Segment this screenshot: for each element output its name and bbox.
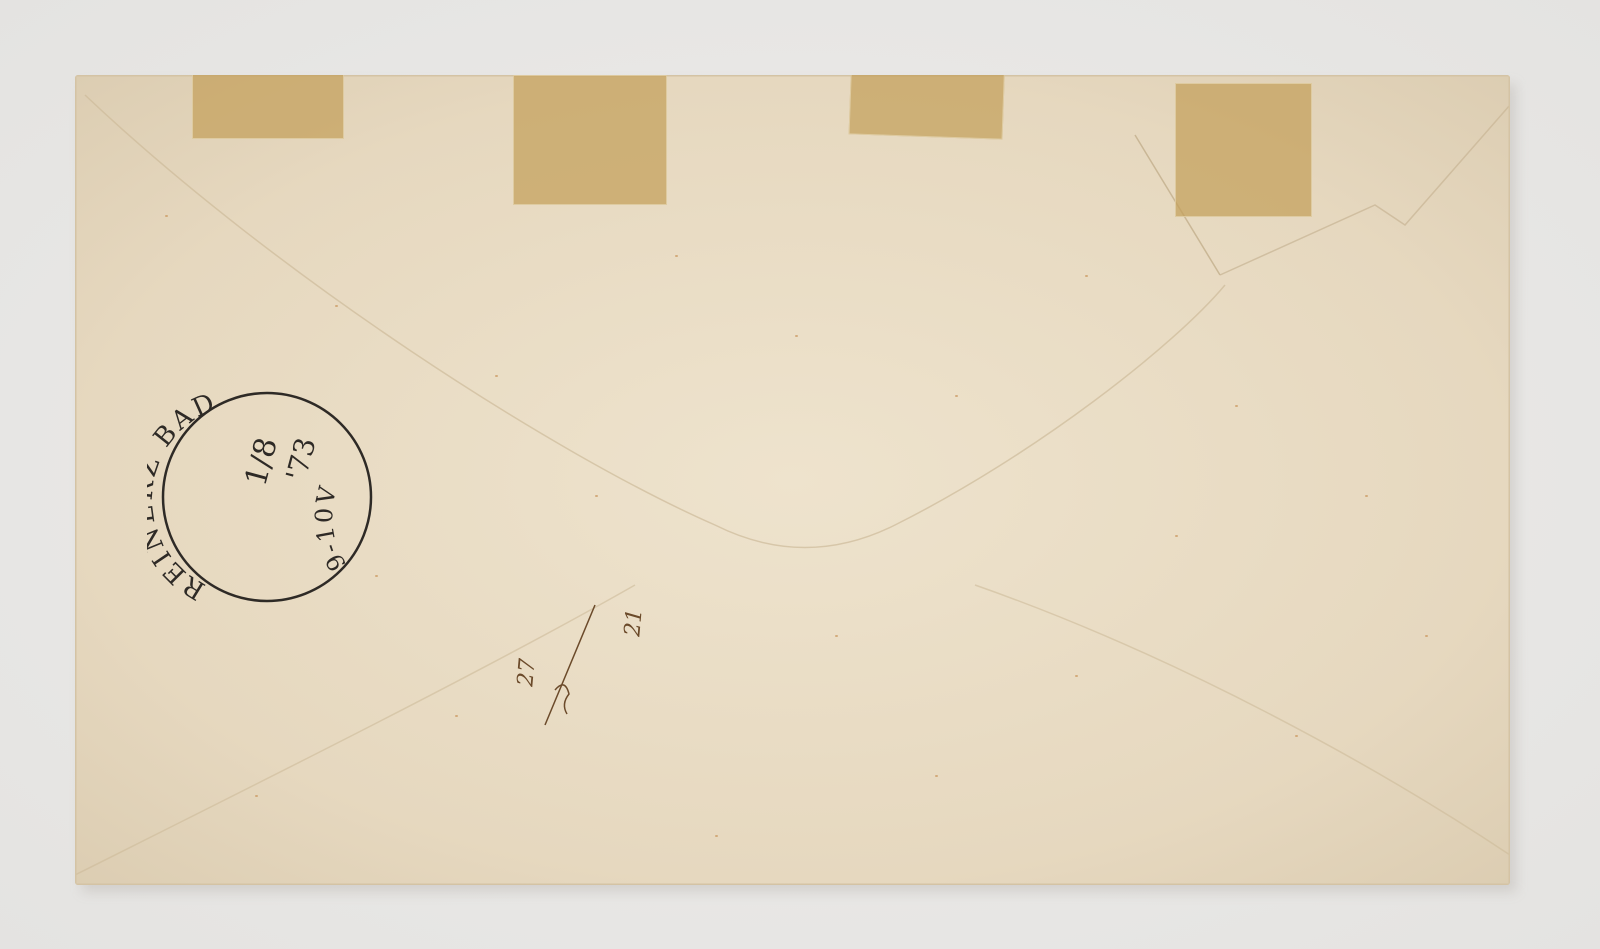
tape-strip-2: [513, 75, 667, 205]
postmark-date: 1/8: [239, 434, 285, 490]
postmark-year: '73: [280, 434, 323, 484]
tape-strip-1: [192, 75, 344, 139]
postmark-stamp: REINERZ BAD 9-10V 1/8 '73: [147, 385, 387, 610]
tape-strip-4: [1175, 83, 1312, 217]
handwritten-slash: [535, 595, 615, 735]
svg-text:9-10V: 9-10V: [310, 482, 352, 576]
tape-strip-3: [849, 75, 1006, 140]
handwritten-note-right: 21: [620, 607, 647, 637]
postmark-town: REINERZ BAD: [147, 387, 222, 606]
postmark-time: 9-10V: [310, 482, 352, 576]
svg-text:REINERZ BAD: REINERZ BAD: [147, 387, 222, 606]
